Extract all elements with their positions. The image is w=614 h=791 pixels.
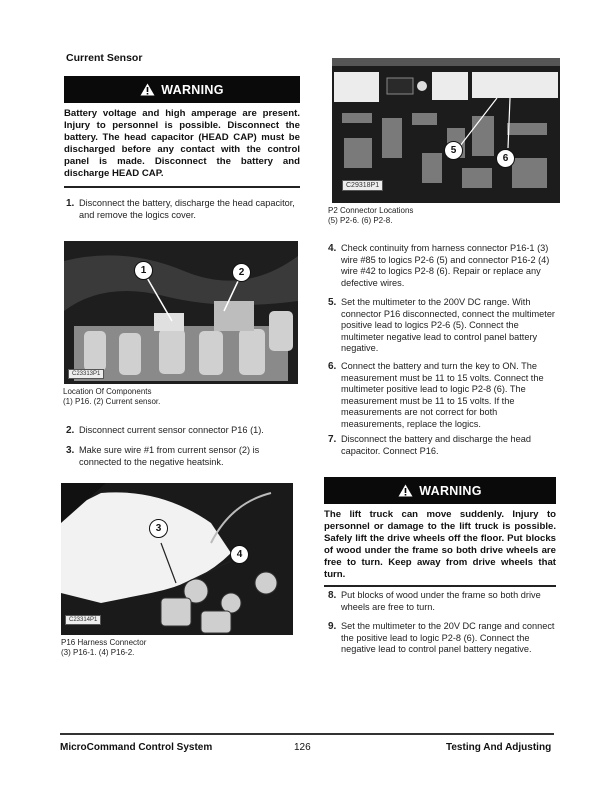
warning-box-lift-truck: WARNING The lift truck can move suddenly… [324, 477, 556, 587]
photo-id-label: C23314P1 [65, 615, 101, 625]
step-number: 9. [328, 621, 341, 656]
callout-4: 4 [230, 545, 249, 564]
step-1: 1. Disconnect the battery, discharge the… [66, 198, 296, 221]
photo-illustration [64, 241, 298, 384]
step-number: 2. [66, 425, 79, 437]
caption-title: P2 Connector Locations [328, 206, 558, 216]
step-8: 8. Put blocks of wood under the frame so… [328, 590, 560, 613]
step-number: 4. [328, 243, 341, 289]
caption-detail: (3) P16-1. (4) P16-2. [61, 648, 291, 658]
footer-divider [60, 733, 554, 735]
step-text: Set the multimeter to the 200V DC range.… [341, 297, 560, 355]
figure-caption: P16 Harness Connector (3) P16-1. (4) P16… [61, 638, 291, 658]
figure-caption: Location Of Components (1) P16. (2) Curr… [63, 387, 293, 407]
warning-header: WARNING [64, 76, 300, 103]
footer-right-section: Testing And Adjusting [446, 742, 551, 753]
photo-p16-harness-connector: 3 4 C23314P1 [61, 483, 293, 635]
step-number: 5. [328, 297, 341, 355]
caption-detail: (5) P2-6. (6) P2-8. [328, 216, 558, 226]
step-4: 4. Check continuity from harness connect… [328, 243, 560, 289]
warning-triangle-icon [140, 83, 155, 96]
step-text: Make sure wire #1 from current sensor (2… [79, 445, 296, 468]
callout-3: 3 [149, 519, 168, 538]
step-text: Disconnect the battery and discharge the… [341, 434, 560, 457]
divider [324, 585, 556, 587]
warning-text: Battery voltage and high amperage are pr… [64, 108, 300, 180]
step-number: 6. [328, 361, 341, 430]
step-6: 6. Connect the battery and turn the key … [328, 361, 560, 430]
step-text: Check continuity from harness connector … [341, 243, 560, 289]
step-3: 3. Make sure wire #1 from current sensor… [66, 445, 296, 468]
step-text: Disconnect the battery, discharge the he… [79, 198, 296, 221]
step-text: Disconnect current sensor connector P16 … [79, 425, 264, 437]
step-text: Set the multimeter to the 20V DC range a… [341, 621, 560, 656]
section-title: Current Sensor [66, 52, 142, 64]
caption-title: Location Of Components [63, 387, 293, 397]
warning-label: WARNING [419, 484, 482, 498]
step-5: 5. Set the multimeter to the 200V DC ran… [328, 297, 560, 355]
step-9: 9. Set the multimeter to the 20V DC rang… [328, 621, 560, 656]
caption-detail: (1) P16. (2) Current sensor. [63, 397, 293, 407]
photo-id-label: C29318P1 [342, 180, 383, 191]
callout-6: 6 [496, 149, 515, 168]
footer-left-title: MicroCommand Control System [60, 742, 212, 753]
warning-box-battery: WARNING Battery voltage and high amperag… [64, 76, 300, 188]
photo-illustration [61, 483, 293, 635]
step-number: 7. [328, 434, 341, 457]
warning-label: WARNING [161, 83, 224, 97]
photo-location-of-components: 1 2 C23313P1 [64, 241, 298, 384]
caption-title: P16 Harness Connector [61, 638, 291, 648]
warning-text: The lift truck can move suddenly. Injury… [324, 509, 556, 581]
page-number: 126 [294, 742, 311, 753]
figure-caption: P2 Connector Locations (5) P2-6. (6) P2-… [328, 206, 558, 226]
photo-id-label: C23313P1 [68, 369, 104, 379]
step-text: Put blocks of wood under the frame so bo… [341, 590, 560, 613]
photo-p2-connector-locations: 5 6 C29318P1 [332, 58, 560, 203]
step-2: 2. Disconnect current sensor connector P… [66, 425, 296, 437]
step-number: 8. [328, 590, 341, 613]
callout-5: 5 [444, 141, 463, 160]
step-number: 3. [66, 445, 79, 468]
step-number: 1. [66, 198, 79, 221]
callout-1: 1 [134, 261, 153, 280]
warning-header: WARNING [324, 477, 556, 504]
divider [64, 186, 300, 188]
step-text: Connect the battery and turn the key to … [341, 361, 560, 430]
step-7: 7. Disconnect the battery and discharge … [328, 434, 560, 457]
callout-2: 2 [232, 263, 251, 282]
warning-triangle-icon [398, 484, 413, 497]
